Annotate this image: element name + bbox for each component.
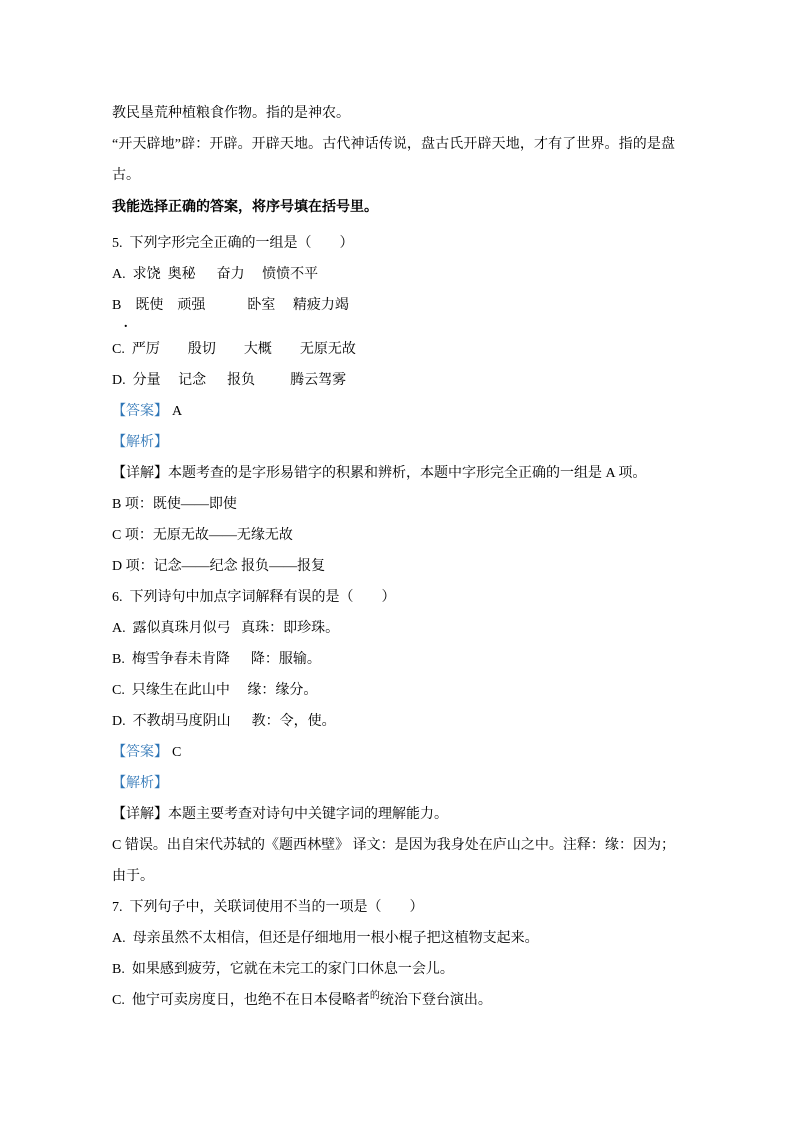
q7-option-b: B. 如果感到疲劳，它就在未完工的家门口休息一会儿。 — [112, 954, 675, 985]
q5-note-c: C 项：无原无故——无缘无故 — [112, 520, 675, 551]
q5-answer-label: 【答案】 — [112, 404, 168, 419]
q5-option-b-emphasis-dot: . — [112, 321, 675, 334]
q7-option-c-text: C. 他宁可卖房度日，也绝不在日本侵略者 — [112, 993, 370, 1008]
q6-option-c: C. 只缘生在此山中 缘：缘分。 — [112, 675, 675, 706]
q5-answer-value: A — [172, 404, 182, 419]
q5-detail: 【详解】本题考查的是字形易错字的积累和辨析，本题中字形完全正确的一组是 A 项。 — [112, 458, 675, 489]
document-page: 教民垦荒种植粮食作物。指的是神农。 “开天辟地”辟：开辟。开辟天地。古代神话传说… — [0, 0, 794, 1123]
q6-note-c: C 错误。出自宋代苏轼的《题西林壁》 译文：是因为我身处在庐山之中。注释：缘：因… — [112, 830, 675, 892]
q6-stem: 6. 下列诗句中加点字词解释有误的是（ ） — [112, 582, 675, 613]
q6-analysis-label: 【解析】 — [112, 776, 168, 791]
q6-option-d: D. 不教胡马度阴山 教：令，使。 — [112, 706, 675, 737]
section-heading: 我能选择正确的答案，将序号填在括号里。 — [112, 191, 675, 222]
q5-analysis-label: 【解析】 — [112, 435, 168, 450]
q5-answer-row: 【答案】A — [112, 396, 675, 427]
q7-option-c: C. 他宁可卖房度日，也绝不在日本侵略者的统治下登台演出。 — [112, 985, 675, 1016]
intro-para-2: “开天辟地”辟：开辟。开辟天地。古代神话传说，盘古氏开辟天地，才有了世界。指的是… — [112, 129, 675, 191]
q7-option-c-text-end: 统治下登台演出。 — [380, 993, 492, 1008]
q5-stem: 5. 下列字形完全正确的一组是（ ） — [112, 228, 675, 259]
q6-detail: 【详解】本题主要考查对诗句中关键字词的理解能力。 — [112, 799, 675, 830]
q6-answer-value: C — [172, 745, 181, 760]
q7-option-a: A. 母亲虽然不太相信，但还是仔细地用一根小棍子把这植物支起来。 — [112, 923, 675, 954]
q5-analysis-row: 【解析】 — [112, 427, 675, 458]
q5-option-d: D. 分量 记念 报负 腾云驾雾 — [112, 365, 675, 396]
q6-answer-row: 【答案】C — [112, 737, 675, 768]
q5-note-b: B 项：既使——即使 — [112, 489, 675, 520]
q6-option-b: B. 梅雪争春未肯降 降：服输。 — [112, 644, 675, 675]
q5-option-b: B 既使 顽强 卧室 精疲力竭 — [112, 290, 675, 321]
q7-option-c-superscript: 的 — [370, 990, 380, 1001]
q5-note-d: D 项：记念——纪念 报负——报复 — [112, 551, 675, 582]
intro-para-1: 教民垦荒种植粮食作物。指的是神农。 — [112, 98, 675, 129]
q5-option-c: C. 严厉 殷切 大概 无原无故 — [112, 334, 675, 365]
q7-stem: 7. 下列句子中，关联词使用不当的一项是（ ） — [112, 892, 675, 923]
q5-option-a: A. 求饶 奥秘 奋力 愤愤不平 — [112, 259, 675, 290]
q6-option-a: A. 露似真珠月似弓 真珠：即珍珠。 — [112, 613, 675, 644]
q6-analysis-row: 【解析】 — [112, 768, 675, 799]
q6-answer-label: 【答案】 — [112, 745, 168, 760]
